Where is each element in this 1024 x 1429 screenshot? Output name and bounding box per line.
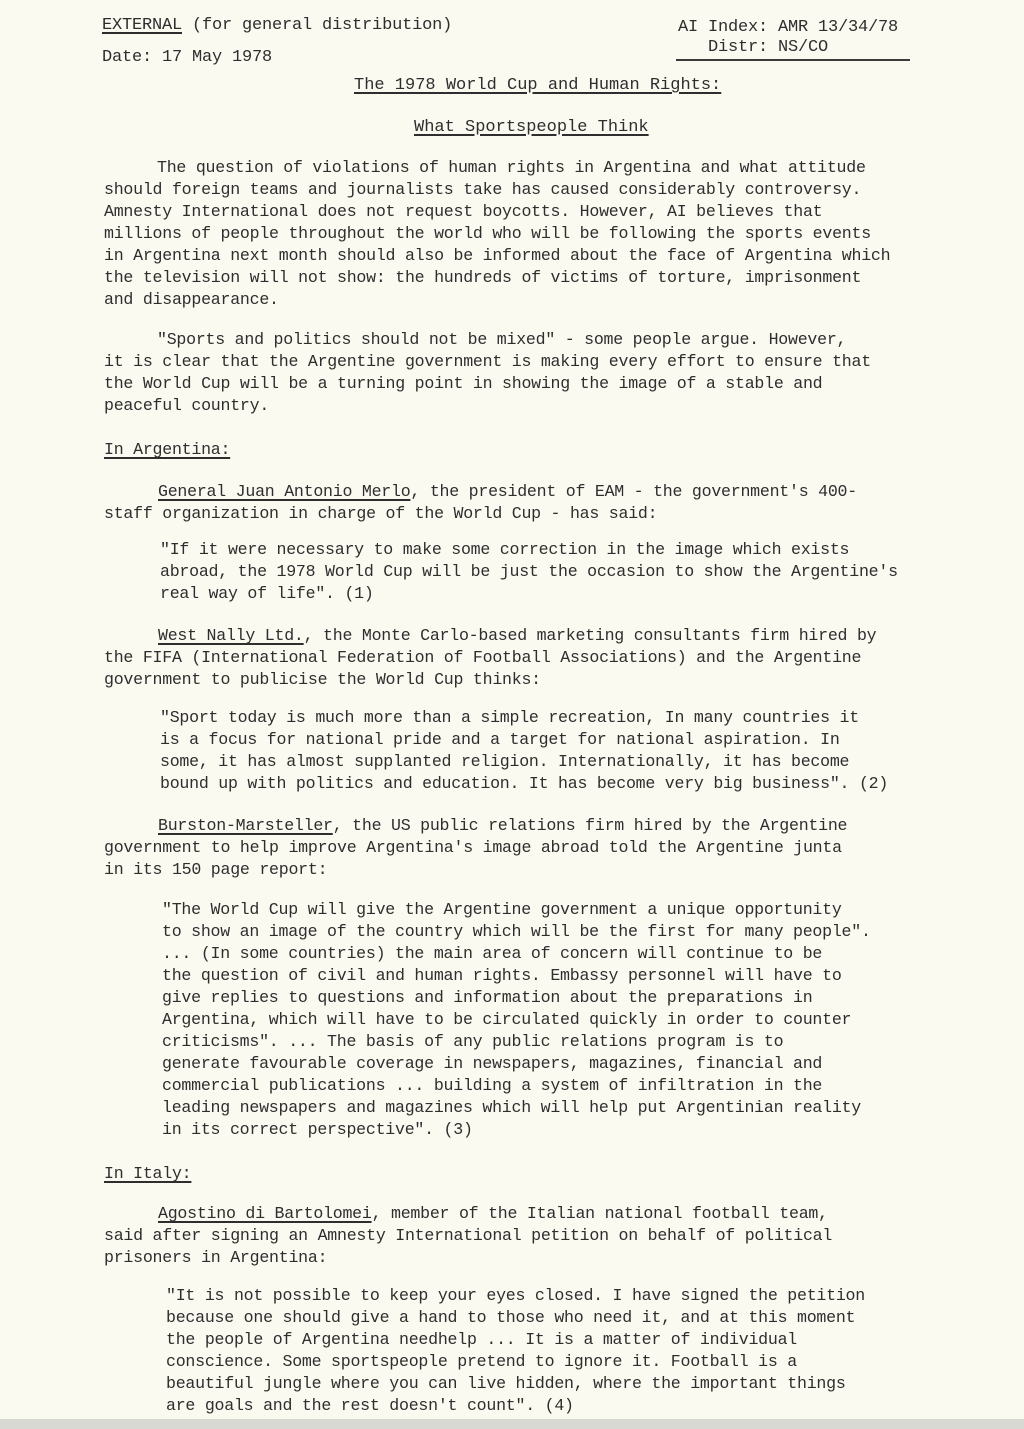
text-line: said after signing an Amnesty Internatio… — [104, 1226, 832, 1245]
text-line: are goals and the rest doesn't count". (… — [166, 1396, 574, 1415]
text-line: peaceful country. — [104, 396, 269, 415]
text-line: in its 150 page report: — [104, 860, 327, 879]
text-line: "The World Cup will give the Argentine g… — [162, 900, 842, 919]
document-title: The 1978 World Cup and Human Rights: — [354, 76, 721, 95]
text-line: government to publicise the World Cup th… — [104, 670, 541, 689]
text-line: is a focus for national pride and a targ… — [160, 730, 840, 749]
section-heading-italy: In Italy: — [104, 1164, 191, 1183]
document-date: Date: 17 May 1978 — [102, 48, 272, 67]
text-line: because one should give a hand to those … — [166, 1308, 855, 1327]
text-line: Agostino di Bartolomei, member of the It… — [158, 1204, 828, 1223]
text-line: in Argentina next month should also be i… — [104, 246, 890, 265]
person-name: Agostino di Bartolomei — [158, 1204, 372, 1223]
document-subtitle: What Sportspeople Think — [414, 118, 649, 137]
text-line: commercial publications ... building a s… — [162, 1076, 822, 1095]
text-line: the question of civil and human rights. … — [162, 966, 842, 985]
ai-index: AI Index: AMR 13/34/78 — [678, 18, 898, 37]
text-line: ... (In some countries) the main area of… — [162, 944, 822, 963]
text-line: General Juan Antonio Merlo, the presiden… — [158, 482, 857, 501]
text-line: Argentina, which will have to be circula… — [162, 1010, 851, 1029]
header-rule — [676, 59, 910, 61]
text-line: generate favourable coverage in newspape… — [162, 1054, 822, 1073]
text-line: beautiful jungle where you can live hidd… — [166, 1374, 846, 1393]
text-line: government to help improve Argentina's i… — [104, 838, 842, 857]
text-line: Burston-Marsteller, the US public relati… — [158, 816, 847, 835]
text-line: "Sport today is much more than a simple … — [160, 708, 859, 727]
organization-name: Burston-Marsteller — [158, 816, 333, 835]
text-line: abroad, the 1978 World Cup will be just … — [160, 562, 898, 581]
text-span: , the president of EAM - the government'… — [410, 482, 857, 501]
text-line: millions of people throughout the world … — [104, 224, 871, 243]
text-line: "Sports and politics should not be mixed… — [157, 330, 846, 349]
text-line: the people of Argentina needhelp ... It … — [166, 1330, 797, 1349]
distribution-note: (for general distribution) — [192, 16, 452, 35]
text-line: to show an image of the country which wi… — [162, 922, 871, 941]
text-span: , the US public relations firm hired by … — [333, 816, 848, 835]
distribution-code: Distr: NS/CO — [708, 38, 828, 57]
text-line: "If it were necessary to make some corre… — [160, 540, 849, 559]
text-span: , the Monte Carlo-based marketing consul… — [304, 626, 877, 645]
text-line: Amnesty International does not request b… — [104, 202, 822, 221]
document-page: EXTERNAL (for general distribution) Date… — [0, 0, 1024, 1429]
text-line: conscience. Some sportspeople pretend to… — [166, 1352, 797, 1371]
text-line: and disappearance. — [104, 290, 279, 309]
organization-name: West Nally Ltd. — [158, 626, 304, 645]
text-line: it is clear that the Argentine governmen… — [104, 352, 871, 371]
text-line: real way of life". (1) — [160, 584, 374, 603]
text-line: staff organization in charge of the Worl… — [104, 504, 657, 523]
text-line: West Nally Ltd., the Monte Carlo-based m… — [158, 626, 876, 645]
classification-line: EXTERNAL (for general distribution) — [102, 16, 452, 35]
text-line: some, it has almost supplanted religion.… — [160, 752, 849, 771]
text-line: The question of violations of human righ… — [157, 158, 866, 177]
text-line: the television will not show: the hundre… — [104, 268, 861, 287]
text-line: in its correct perspective". (3) — [162, 1120, 473, 1139]
text-span: , member of the Italian national footbal… — [372, 1204, 828, 1223]
text-line: should foreign teams and journalists tak… — [104, 180, 861, 199]
text-line: the FIFA (International Federation of Fo… — [104, 648, 861, 667]
section-heading-argentina: In Argentina: — [104, 440, 230, 459]
text-line: prisoners in Argentina: — [104, 1248, 327, 1267]
text-line: "It is not possible to keep your eyes cl… — [166, 1286, 865, 1305]
person-name: General Juan Antonio Merlo — [158, 482, 410, 501]
text-line: leading newspapers and magazines which w… — [162, 1098, 861, 1117]
text-line: bound up with politics and education. It… — [160, 774, 888, 793]
text-line: criticisms". ... The basis of any public… — [162, 1032, 783, 1051]
text-line: give replies to questions and informatio… — [162, 988, 812, 1007]
text-line: the World Cup will be a turning point in… — [104, 374, 822, 393]
classification-label: EXTERNAL — [102, 16, 182, 35]
scan-bottom-edge — [0, 1419, 1024, 1429]
